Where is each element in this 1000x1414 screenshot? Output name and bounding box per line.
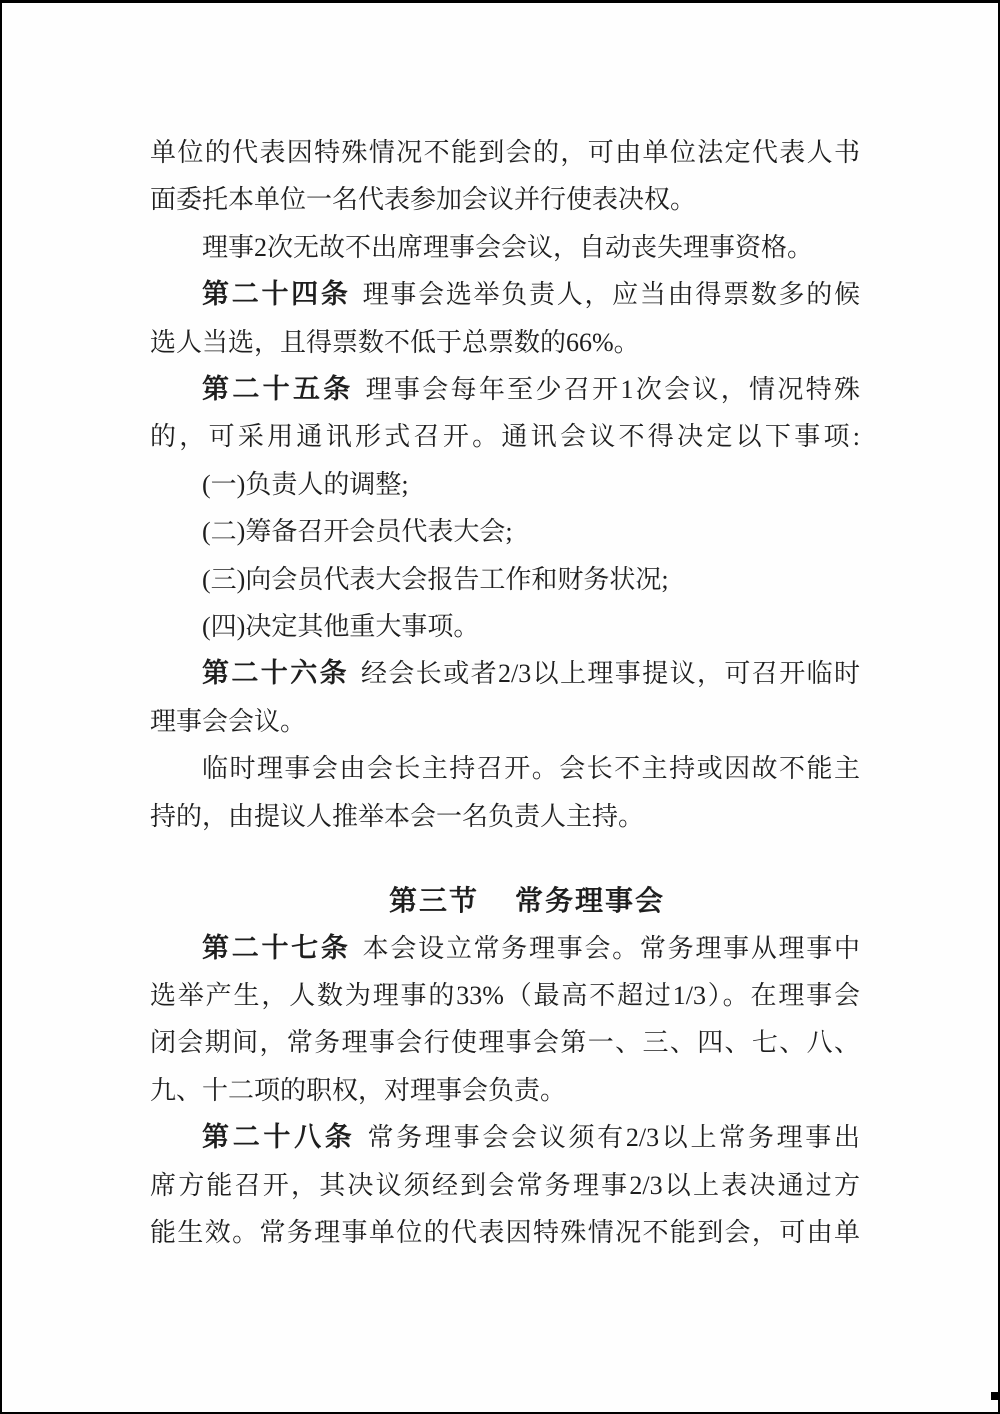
document-line: 席方能召开，其决议须经到会常务理事2/3以上表决通过方 bbox=[150, 1162, 860, 1209]
document-line: 临时理事会由会长主持召开。会长不主持或因故不能主 bbox=[150, 745, 860, 792]
document-line: 选人当选，且得票数不低于总票数的66%。 bbox=[150, 319, 860, 366]
document-line: 面委托本单位一名代表参加会议并行使表决权。 bbox=[150, 176, 860, 223]
document-line: 闭会期间，常务理事会行使理事会第一、三、四、七、八、 bbox=[150, 1019, 860, 1066]
document-line: 持的，由提议人推举本会一名负责人主持。 bbox=[150, 793, 860, 840]
document-line: (一)负责人的调整; bbox=[150, 461, 860, 508]
document-line: 的，可采用通讯形式召开。通讯会议不得决定以下事项: bbox=[150, 413, 860, 460]
document-line: (四)决定其他重大事项。 bbox=[150, 603, 860, 650]
document-line: (二)筹备召开会员代表大会; bbox=[150, 508, 860, 555]
section-heading: 第三节常务理事会 bbox=[150, 877, 860, 924]
scan-artifact bbox=[991, 1392, 998, 1400]
document-body: 单位的代表因特殊情况不能到会的，可由单位法定代表人书面委托本单位一名代表参加会议… bbox=[150, 129, 860, 1256]
article-line: 第二十八条常务理事会会议须有2/3以上常务理事出 bbox=[150, 1114, 860, 1161]
document-line: 九、十二项的职权，对理事会负责。 bbox=[150, 1067, 860, 1114]
article-line: 第二十六条经会长或者2/3以上理事提议，可召开临时 bbox=[150, 650, 860, 697]
article-line: 第二十四条理事会选举负责人，应当由得票数多的候 bbox=[150, 271, 860, 318]
article-line: 第二十七条本会设立常务理事会。常务理事从理事中 bbox=[150, 925, 860, 972]
article-number: 第二十五条 bbox=[202, 374, 354, 404]
document-line: 单位的代表因特殊情况不能到会的，可由单位法定代表人书 bbox=[150, 129, 860, 176]
scanned-document-page: 单位的代表因特殊情况不能到会的，可由单位法定代表人书面委托本单位一名代表参加会议… bbox=[0, 0, 1000, 1414]
article-number: 第二十八条 bbox=[202, 1122, 356, 1152]
document-line: 理事2次无故不出席理事会会议，自动丧失理事资格。 bbox=[150, 224, 860, 271]
article-line: 第二十五条理事会每年至少召开1次会议，情况特殊 bbox=[150, 366, 860, 413]
article-number: 第二十七条 bbox=[202, 933, 351, 963]
document-line: 选举产生，人数为理事的33%（最高不超过1/3）。在理事会 bbox=[150, 972, 860, 1019]
document-line: 理事会会议。 bbox=[150, 698, 860, 745]
article-number: 第二十六条 bbox=[202, 658, 349, 688]
section-heading-label: 第三节 bbox=[389, 877, 479, 924]
document-line: (三)向会员代表大会报告工作和财务状况; bbox=[150, 556, 860, 603]
section-heading-title: 常务理事会 bbox=[515, 885, 665, 916]
article-number: 第二十四条 bbox=[202, 279, 351, 309]
document-line: 能生效。常务理事单位的代表因特殊情况不能到会，可由单 bbox=[150, 1209, 860, 1256]
